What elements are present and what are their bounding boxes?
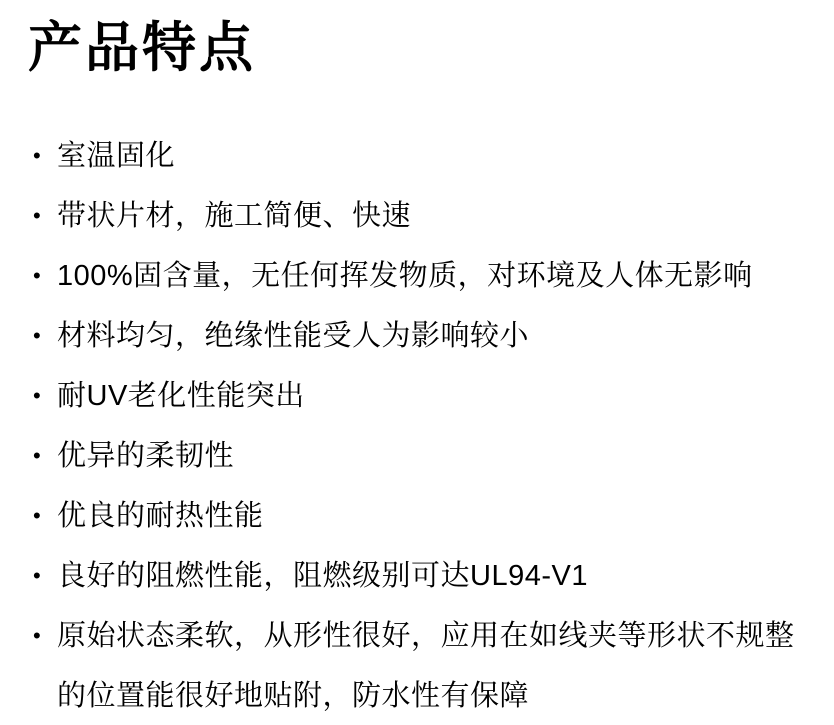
list-item: • 良好的阻燃性能，阻燃级别可达UL94-V1 <box>28 546 804 606</box>
list-item: • 原始状态柔软，从形性很好，应用在如线夹等形状不规整的位置能很好地贴附，防水性… <box>28 606 804 725</box>
list-item: • 带状片材，施工简便、快速 <box>28 186 804 246</box>
product-features-page: 产品特点 • 室温固化 • 带状片材，施工简便、快速 • 100%固含量，无任何… <box>0 0 834 725</box>
feature-text: 100%固含量，无任何挥发物质，对环境及人体无影响 <box>57 246 804 306</box>
bullet-icon: • <box>28 186 57 246</box>
feature-text: 室温固化 <box>57 126 804 186</box>
bullet-icon: • <box>28 306 57 366</box>
page-title: 产品特点 <box>28 14 804 82</box>
list-item: • 耐UV老化性能突出 <box>28 366 804 426</box>
list-item: • 优良的耐热性能 <box>28 486 804 546</box>
list-item: • 优异的柔韧性 <box>28 426 804 486</box>
feature-text: 良好的阻燃性能，阻燃级别可达UL94-V1 <box>57 546 804 606</box>
feature-list: • 室温固化 • 带状片材，施工简便、快速 • 100%固含量，无任何挥发物质，… <box>28 126 804 725</box>
feature-text: 原始状态柔软，从形性很好，应用在如线夹等形状不规整的位置能很好地贴附，防水性有保… <box>57 606 804 725</box>
bullet-icon: • <box>28 426 57 486</box>
list-item: • 材料均匀，绝缘性能受人为影响较小 <box>28 306 804 366</box>
bullet-icon: • <box>28 366 57 426</box>
feature-text: 优异的柔韧性 <box>57 426 804 486</box>
feature-text: 材料均匀，绝缘性能受人为影响较小 <box>57 306 804 366</box>
bullet-icon: • <box>28 546 57 606</box>
list-item: • 室温固化 <box>28 126 804 186</box>
list-item: • 100%固含量，无任何挥发物质，对环境及人体无影响 <box>28 246 804 306</box>
bullet-icon: • <box>28 246 57 306</box>
feature-text: 耐UV老化性能突出 <box>57 366 804 426</box>
bullet-icon: • <box>28 486 57 546</box>
feature-text: 优良的耐热性能 <box>57 486 804 546</box>
feature-text: 带状片材，施工简便、快速 <box>57 186 804 246</box>
bullet-icon: • <box>28 126 57 186</box>
bullet-icon: • <box>28 606 57 666</box>
